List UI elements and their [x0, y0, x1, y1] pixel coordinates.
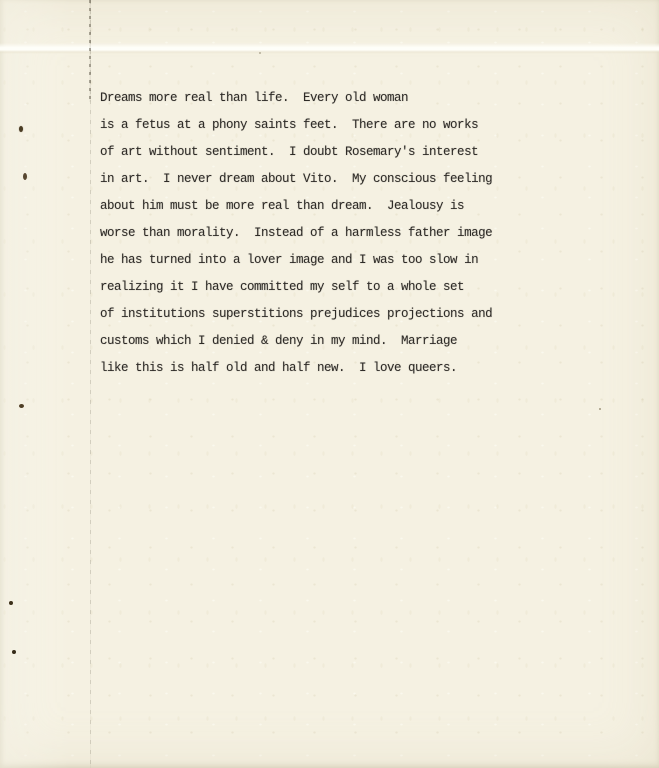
text-line: of institutions superstitions prejudices… [100, 301, 620, 328]
text-line: realizing it I have committed my self to… [100, 274, 620, 301]
text-line: is a fetus at a phony saints feet. There… [100, 112, 620, 139]
typewritten-text: Dreams more real than life. Every old wo… [100, 85, 620, 382]
paper-speck [599, 408, 601, 410]
text-line: about him must be more real than dream. … [100, 193, 620, 220]
scanned-page: Dreams more real than life. Every old wo… [0, 0, 659, 768]
paper-speck [19, 404, 24, 408]
text-line: of art without sentiment. I doubt Rosema… [100, 139, 620, 166]
text-line: worse than morality. Instead of a harmle… [100, 220, 620, 247]
text-line: like this is half old and half new. I lo… [100, 355, 620, 382]
vertical-fold-crease-top [89, 0, 91, 102]
text-line: Dreams more real than life. Every old wo… [100, 85, 620, 112]
text-line: he has turned into a lover image and I w… [100, 247, 620, 274]
vertical-fold-crease [90, 0, 91, 768]
text-line: in art. I never dream about Vito. My con… [100, 166, 620, 193]
left-margin-sheen [0, 0, 90, 768]
horizontal-fold-crease [0, 43, 659, 54]
text-line: customs which I denied & deny in my mind… [100, 328, 620, 355]
paper-speck [23, 173, 27, 180]
paper-speck [19, 126, 23, 132]
paper-speck [12, 650, 16, 654]
paper-speck [9, 601, 13, 605]
paper-speck [259, 52, 261, 54]
